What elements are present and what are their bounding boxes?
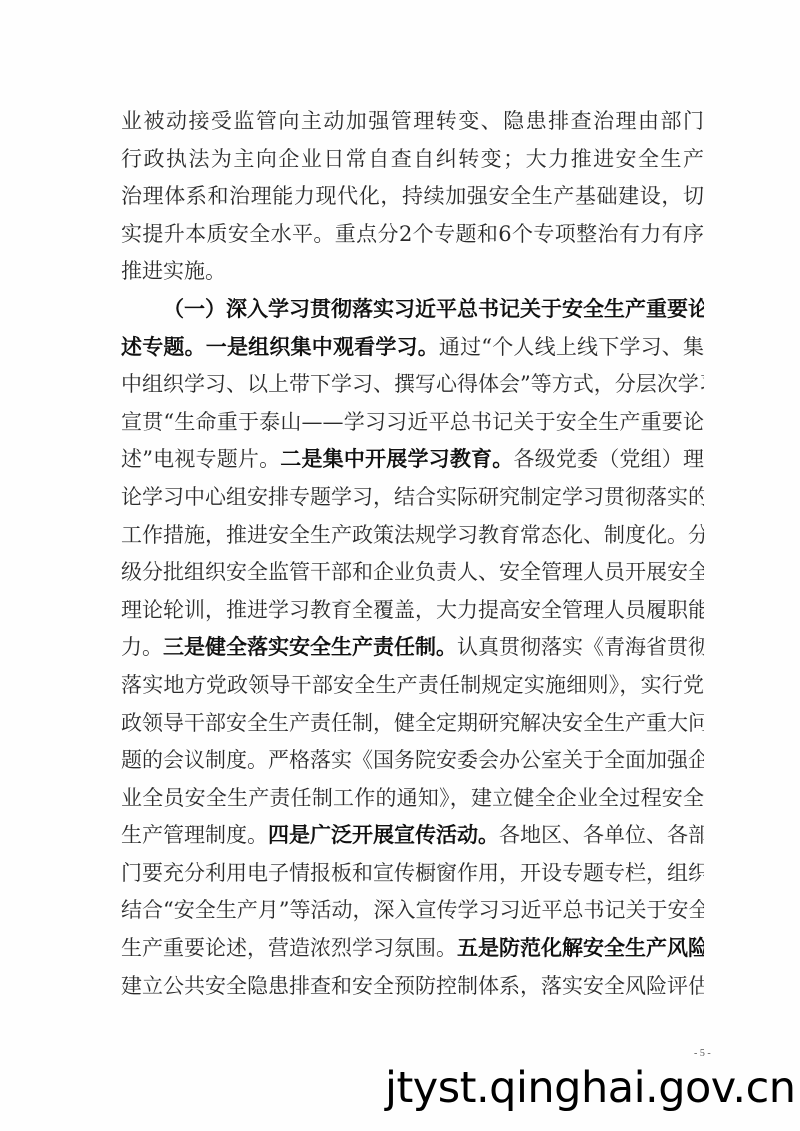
site-watermark: jtyst.qinghai.gov.cn xyxy=(385,1063,795,1113)
text-line: 中组织学习、以上带下学习、撰写心得体会”等方式，分层次学习 xyxy=(121,366,704,404)
body-text: 门要充分利用电子情报板和宣传橱窗作用，开设专题专栏，组织 xyxy=(121,861,704,885)
body-text: 实提升本质安全水平。重点分2个专题和6个专项整治有力有序 xyxy=(121,222,704,246)
text-line: 业被动接受监管向主动加强管理转变、隐患排查治理由部门 xyxy=(121,103,704,141)
text-line: 门要充分利用电子情报板和宣传橱窗作用，开设专题专栏，组织 xyxy=(121,855,704,893)
text-line: 论学习中心组安排专题学习，结合实际研究制定学习贯彻落实的 xyxy=(121,479,704,517)
body-text: 中组织学习、以上带下学习、撰写心得体会”等方式，分层次学习 xyxy=(121,372,704,396)
text-line: 实提升本质安全水平。重点分2个专题和6个专项整治有力有序 xyxy=(121,216,704,254)
text-line: （一）深入学习贯彻落实习近平总书记关于安全生产重要论 xyxy=(121,291,704,329)
bold-heading-text: 述专题。一是组织集中观看学习。 xyxy=(121,335,439,359)
text-line: 结合“安全生产月”等活动，深入宣传学习习近平总书记关于安全 xyxy=(121,892,704,930)
body-text: 建立公共安全隐患排查和安全预防控制体系，落实安全风险评估 xyxy=(121,974,704,998)
text-line: 推进实施。 xyxy=(121,253,704,291)
body-text: 通过“个人线上线下学习、集 xyxy=(439,335,704,359)
text-line: 级分批组织安全监管干部和企业负责人、安全管理人员开展安全 xyxy=(121,554,704,592)
text-line: 政领导干部安全生产责任制，健全定期研究解决安全生产重大问 xyxy=(121,705,704,743)
body-text: 题的会议制度。严格落实《国务院安委会办公室关于全面加强企 xyxy=(121,748,704,772)
bold-heading-text: 五是防范化解安全生产风险。 xyxy=(457,936,704,960)
body-text: 业被动接受监管向主动加强管理转变、隐患排查治理由部门 xyxy=(121,109,704,133)
text-line: 题的会议制度。严格落实《国务院安委会办公室关于全面加强企 xyxy=(121,742,704,780)
body-text: 业全员安全生产责任制工作的通知》，建立健全企业全过程安全 xyxy=(121,786,704,810)
text-line: 建立公共安全隐患排查和安全预防控制体系，落实安全风险评估 xyxy=(121,968,704,1006)
body-text: 生产管理制度。 xyxy=(121,823,268,847)
document-page: 业被动接受监管向主动加强管理转变、隐患排查治理由部门行政执法为主向企业日常自查自… xyxy=(0,0,800,1131)
bold-heading-text: 四是广泛开展宣传活动。 xyxy=(268,823,499,847)
page-number: - 5 - xyxy=(694,1048,711,1059)
body-text: 生产重要论述，营造浓烈学习氛围。 xyxy=(121,936,457,960)
body-text: 推进实施。 xyxy=(121,259,226,283)
text-line: 业全员安全生产责任制工作的通知》，建立健全企业全过程安全 xyxy=(121,780,704,818)
body-text: 各级党委（党组）理 xyxy=(513,447,704,471)
text-line: 治理体系和治理能力现代化，持续加强安全生产基础建设，切 xyxy=(121,178,704,216)
text-line: 生产重要论述，营造浓烈学习氛围。五是防范化解安全生产风险。 xyxy=(121,930,704,968)
body-text: 理论轮训，推进学习教育全覆盖，大力提高安全管理人员履职能 xyxy=(121,598,704,622)
text-line: 述专题。一是组织集中观看学习。通过“个人线上线下学习、集 xyxy=(121,329,704,367)
body-text: 政领导干部安全生产责任制，健全定期研究解决安全生产重大问 xyxy=(121,711,704,735)
body-text: 述”电视专题片。 xyxy=(121,447,280,471)
bold-heading-text: 二是集中开展学习教育。 xyxy=(280,447,513,471)
text-line: 生产管理制度。四是广泛开展宣传活动。各地区、各单位、各部 xyxy=(121,817,704,855)
text-line: 落实地方党政领导干部安全生产责任制规定实施细则》，实行党 xyxy=(121,667,704,705)
body-text: 落实地方党政领导干部安全生产责任制规定实施细则》，实行党 xyxy=(121,673,704,697)
body-text: 各地区、各单位、各部 xyxy=(499,823,704,847)
body-text: 行政执法为主向企业日常自查自纠转变；大力推进安全生产 xyxy=(121,147,704,171)
text-line: 述”电视专题片。二是集中开展学习教育。各级党委（党组）理 xyxy=(121,441,704,479)
body-text: 结合“安全生产月”等活动，深入宣传学习习近平总书记关于安全 xyxy=(121,898,704,922)
text-line: 理论轮训，推进学习教育全覆盖，大力提高安全管理人员履职能 xyxy=(121,592,704,630)
bold-heading-text: 三是健全落实安全生产责任制。 xyxy=(163,635,457,659)
body-text: 论学习中心组安排专题学习，结合实际研究制定学习贯彻落实的 xyxy=(121,485,704,509)
body-text: 工作措施，推进安全生产政策法规学习教育常态化、制度化。分 xyxy=(121,523,704,547)
body-text: 级分批组织安全监管干部和企业负责人、安全管理人员开展安全 xyxy=(121,560,704,584)
document-body: 业被动接受监管向主动加强管理转变、隐患排查治理由部门行政执法为主向企业日常自查自… xyxy=(121,103,721,1005)
body-text: 治理体系和治理能力现代化，持续加强安全生产基础建设，切 xyxy=(121,184,704,208)
bold-heading-text: （一）深入学习贯彻落实习近平总书记关于安全生产重要论 xyxy=(163,297,704,321)
text-line: 行政执法为主向企业日常自查自纠转变；大力推进安全生产 xyxy=(121,141,704,179)
text-line: 工作措施，推进安全生产政策法规学习教育常态化、制度化。分 xyxy=(121,517,704,555)
body-text: 认真贯彻落实《青海省贯彻 xyxy=(457,635,704,659)
text-line: 力。三是健全落实安全生产责任制。认真贯彻落实《青海省贯彻 xyxy=(121,629,704,667)
text-line: 宣贯“生命重于泰山——学习习近平总书记关于安全生产重要论 xyxy=(121,404,704,442)
body-text: 宣贯“生命重于泰山——学习习近平总书记关于安全生产重要论 xyxy=(121,410,704,434)
body-text: 力。 xyxy=(121,635,163,659)
